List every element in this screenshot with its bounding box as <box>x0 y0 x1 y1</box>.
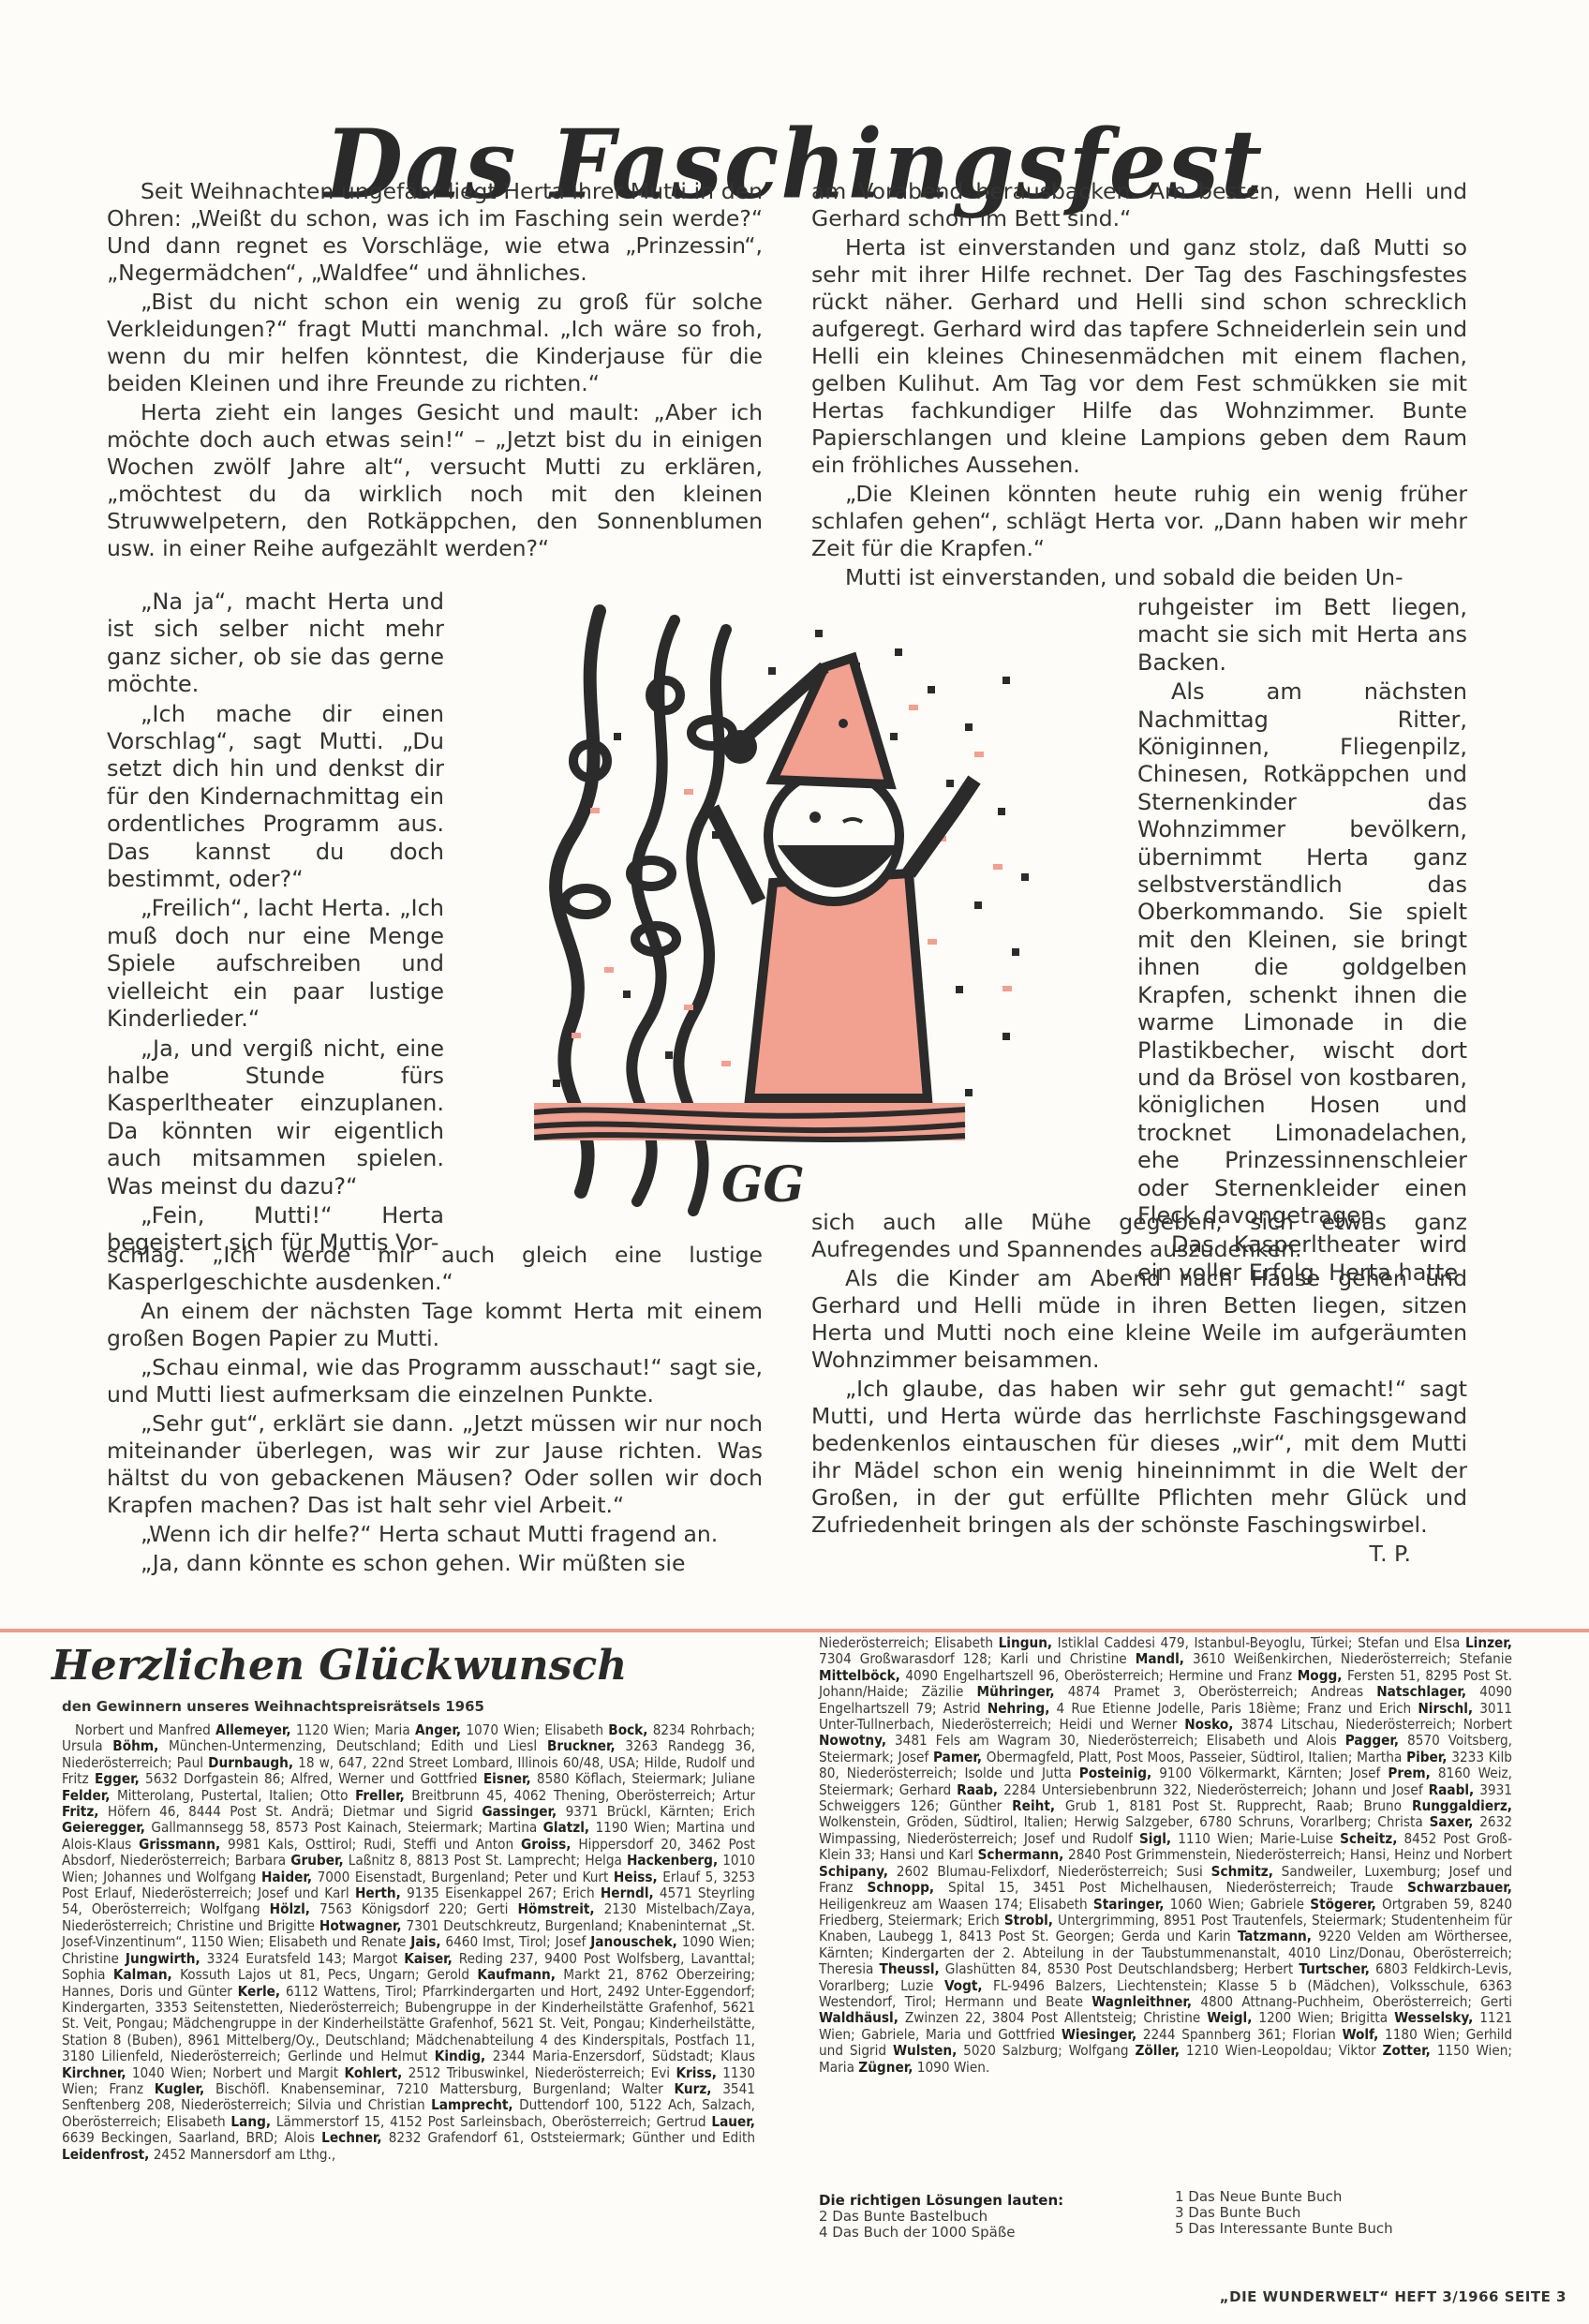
winner-surname: Grissmann, <box>139 1836 220 1853</box>
winners-title: Herzlichen Glückwunsch <box>52 1642 627 1690</box>
article-column-right-bottom: sich auch alle Mühe gegeben, sich etwas … <box>811 1209 1467 1568</box>
winner-surname: Schmitz, <box>1211 1863 1273 1880</box>
winner-details: 2284 Untersiebenbrunn 322, Niederösterre… <box>998 1781 1429 1798</box>
winner-details: Mitterolang, Pustertal, Italien; Otto <box>110 1787 355 1804</box>
winner-surname: Saxer, <box>1430 1813 1474 1830</box>
winner-details: Spital 15, 3451 Post Michelhausen, Niede… <box>934 1879 1407 1896</box>
winner-details: 9981 Kals, Osttirol; Rudi, Steffi und An… <box>220 1836 521 1853</box>
solution-item: 5 Das Interessante Bunte Buch <box>1175 2221 1393 2237</box>
winner-surname: Jungwirth, <box>126 1950 200 1967</box>
winner-details: Zwinzen 22, 3804 Post Allentsteig; Chris… <box>898 2009 1207 2026</box>
paragraph: schlag. „Ich werde mir auch gleich eine … <box>107 1242 763 1296</box>
winner-surname: Theussl, <box>880 1960 940 1977</box>
winner-surname: Bock, <box>608 1721 647 1738</box>
winner-details: 4800 Attnang-Puchheim, Oberösterreich; G… <box>1192 1993 1512 2010</box>
winner-details: 1210 Wien-Leopoldau; Viktor <box>1180 2042 1382 2059</box>
artist-signature: GG <box>721 1156 805 1214</box>
solution-item: 3 Das Bunte Buch <box>1175 2205 1393 2221</box>
winner-surname: Linzer, <box>1465 1634 1512 1651</box>
author-signature: T. P. <box>811 1541 1411 1568</box>
winners-list-left: Norbert und Manfred Allemeyer, 1120 Wien… <box>62 1722 755 2163</box>
winner-surname: Kriss, <box>676 2064 716 2081</box>
winner-surname: Bruckner, <box>547 1737 616 1754</box>
winner-details: München-Untermenzing, Deutschland; Edith… <box>158 1737 547 1754</box>
paragraph: „Die Kleinen könnten heute ruhig ein wen… <box>811 481 1467 562</box>
winner-surname: Pamer, <box>933 1749 982 1765</box>
paragraph: Herta ist einverstanden und ganz stolz, … <box>811 234 1467 479</box>
winner-details: 1040 Wien; Norbert und Margit <box>126 2064 345 2081</box>
winner-surname: Janouschek, <box>590 1933 677 1950</box>
winner-surname: Herth, <box>355 1885 401 1901</box>
winner-details: 5632 Dorfgastein 86; Alfred, Werner und … <box>140 1770 483 1787</box>
winner-surname: Wolf, <box>1342 2026 1378 2043</box>
winner-surname: Fritz, <box>62 1803 98 1820</box>
winner-details: 9100 Völkermarkt, Kärnten; Josef <box>1151 1765 1388 1781</box>
winner-surname: Posteinig, <box>1079 1765 1151 1781</box>
winner-details: 7563 Königsdorf 220; Gerti <box>310 1900 517 1917</box>
paragraph: ruhgeister im Bett liegen, macht sie sic… <box>1137 594 1467 677</box>
winner-surname: Wiesinger, <box>1062 2026 1136 2043</box>
solutions-heading: Die richtigen Lösungen lauten: <box>819 2193 1063 2209</box>
winner-surname: Herndl, <box>601 1885 654 1901</box>
solution-item: 1 Das Neue Bunte Buch <box>1175 2189 1393 2205</box>
winner-details: 3874 Litschau, Niederösterreich; Norbert <box>1233 1716 1512 1733</box>
winner-surname: Nosko, <box>1184 1716 1233 1733</box>
paragraph: „Na ja“, macht Herta und ist sich selber… <box>107 588 444 699</box>
winner-surname: Allemeyer, <box>215 1721 291 1738</box>
winner-details: 8232 Grafendorf 61, Oststeiermark; Günth… <box>382 2129 755 2146</box>
paragraph: „Bist du nicht schon ein wenig zu groß f… <box>107 289 763 397</box>
winner-surname: Anger, <box>415 1721 461 1738</box>
winner-details: 2512 Tribuswinkel, Niederösterreich; Evi <box>402 2064 676 2081</box>
winner-surname: Mittelböck, <box>819 1667 900 1684</box>
winner-details: Breitbrunn 45, 4062 Thening, Oberösterre… <box>405 1787 755 1804</box>
winner-details: Heiligenkreuz am Waasen 174; Elisabeth <box>819 1896 1093 1913</box>
winner-surname: Wagnleithner, <box>1092 1993 1192 2010</box>
article-column-left-bottom: schlag. „Ich werde mir auch gleich eine … <box>107 1242 763 1577</box>
winner-surname: Turtscher, <box>1299 1960 1370 1977</box>
winner-surname: Waldhäusl, <box>819 2009 898 2026</box>
solution-item: 2 Das Bunte Bastelbuch <box>819 2209 1063 2225</box>
winner-details: Höfern 46, 8444 Post St. Andrä; Dietmar … <box>98 1803 482 1820</box>
winner-surname: Hackenberg, <box>627 1852 718 1869</box>
paragraph: „Ich mache dir einen Vorschlag“, sagt Mu… <box>107 701 444 894</box>
article-column-right-top: am Vorabend herausbacken. Am besten, wen… <box>811 178 1467 591</box>
paragraph: „Ich glaube, das haben wir sehr gut gema… <box>811 1376 1467 1539</box>
winner-details: 9135 Eisenkappel 267; Erich <box>401 1885 601 1901</box>
winner-details: 4090 Engelhartszell 96, Oberösterreich; … <box>900 1667 1298 1684</box>
winner-details: Grub 1, 8181 Post St. Rupprecht, Raab; B… <box>1055 1797 1412 1814</box>
paragraph: „Schau einmal, wie das Programm ausschau… <box>107 1354 763 1408</box>
winner-details: 1060 Wien; Gabriele <box>1164 1896 1310 1913</box>
winner-surname: Tatzmann, <box>1238 1928 1312 1944</box>
winner-details: Wolkenstein, Gröden, Südtirol, Italien; … <box>819 1813 1430 1830</box>
winner-surname: Nehring, <box>988 1700 1050 1717</box>
winner-details: 1110 Wien; Marie-Luise <box>1171 1830 1340 1847</box>
winner-surname: Schnopp, <box>868 1879 935 1896</box>
winner-surname: Egger, <box>95 1770 140 1787</box>
section-divider <box>0 1629 1589 1632</box>
winner-details: 4874 Pramet 3, Oberösterreich; Andreas <box>1055 1683 1377 1700</box>
winner-surname: Zügner, <box>858 2059 913 2076</box>
winner-details: Bischöfl. Knabenseminar, 7210 Mattersbur… <box>204 2080 674 2097</box>
paragraph: „Sehr gut“, erklärt sie dann. „Jetzt müs… <box>107 1410 763 1519</box>
winner-surname: Lingun, <box>999 1634 1053 1651</box>
paragraph: An einem der nächsten Tage kommt Herta m… <box>107 1298 763 1352</box>
winner-surname: Kaufmann, <box>477 1966 556 1983</box>
winner-surname: Hotwagner, <box>319 1917 402 1934</box>
winner-surname: Pagger, <box>1345 1732 1399 1749</box>
winner-surname: Stögerer, <box>1310 1896 1376 1913</box>
paragraph: „Freilich“, lacht Herta. „Ich muß doch n… <box>107 895 444 1033</box>
winner-surname: Lamprecht, <box>431 2096 513 2113</box>
winner-surname: Sigl, <box>1139 1830 1171 1847</box>
winner-surname: Kohlert, <box>345 2064 403 2081</box>
winner-surname: Prem, <box>1388 1765 1430 1781</box>
winner-surname: Natschlager, <box>1376 1683 1466 1700</box>
winner-surname: Schipany, <box>819 1863 888 1880</box>
winner-details: 2602 Blumau-Felixdorf, Niederösterreich;… <box>888 1863 1211 1880</box>
winner-details: Gallmannsegg 58, 8573 Post Kainach, Stei… <box>145 1819 543 1836</box>
winner-surname: Wesselsky, <box>1394 2009 1473 2026</box>
article-column-left-top: Seit Weihnachten ungefähr liegt Herta ih… <box>107 178 763 562</box>
winner-surname: Kindig, <box>435 2048 485 2064</box>
winner-surname: Schwarzbauer, <box>1407 1879 1512 1896</box>
winner-details: Lämmerstorf 15, 4152 Post Sarleinsbach, … <box>271 2113 711 2130</box>
winner-surname: Nowotny, <box>819 1732 886 1749</box>
winner-surname: Piber, <box>1406 1749 1447 1765</box>
winner-surname: Strobl, <box>1004 1912 1053 1929</box>
winner-surname: Lauer, <box>711 2113 755 2130</box>
winner-surname: Reiht, <box>1012 1797 1055 1814</box>
paragraph: Herta zieht ein langes Gesicht und mault… <box>107 399 763 562</box>
winner-surname: Mogg, <box>1298 1667 1343 1684</box>
winner-details: 5020 Salzburg; Wolfgang <box>957 2042 1135 2059</box>
article-column-right-narrow: ruhgeister im Bett liegen, macht sie sic… <box>1137 594 1467 1287</box>
kasperl-illustration: GG <box>534 592 1059 1239</box>
paragraph: „Ja, und vergiß nicht, eine halbe Stunde… <box>107 1035 444 1200</box>
winner-surname: Kerle, <box>238 1983 280 2000</box>
winner-surname: Durnbaugh, <box>208 1754 293 1771</box>
winner-surname: Mandl, <box>1136 1650 1184 1667</box>
winner-surname: Nirschl, <box>1418 1700 1473 1717</box>
winner-surname: Böhm, <box>112 1737 158 1754</box>
winner-surname: Wulsten, <box>893 2042 957 2059</box>
winner-surname: Hömstreit, <box>517 1900 594 1917</box>
winner-surname: Kaiser, <box>404 1950 453 1967</box>
winner-surname: Zotter, <box>1383 2042 1431 2059</box>
paragraph: „Ja, dann könnte es schon gehen. Wir müß… <box>107 1550 763 1577</box>
winner-surname: Geieregger, <box>62 1819 145 1836</box>
winner-details: Glashütten 84, 8530 Post Deutschlandsber… <box>940 1960 1299 1977</box>
winners-list-right: Niederösterreich; Elisabeth Lingun, Isti… <box>819 1635 1512 2076</box>
winner-surname: Staringer, <box>1093 1896 1165 1913</box>
winner-surname: Lechner, <box>321 2129 382 2146</box>
winner-surname: Zöller, <box>1135 2042 1180 2059</box>
winner-details: 2244 Spannberg 361; Florian <box>1136 2026 1342 2043</box>
winners-subtitle: den Gewinnern unseres Weihnachtspreisrät… <box>62 1698 484 1715</box>
page-footer: „DIE WUNDERWELT“ HEFT 3/1966 SEITE 3 <box>1220 2288 1567 2305</box>
winner-surname: Mühringer, <box>977 1683 1055 1700</box>
winner-details: Laßnitz 8, 8813 Post St. Lamprecht; Helg… <box>344 1852 627 1869</box>
winner-details: 3324 Euratsfeld 143; Margot <box>200 1950 405 1967</box>
winner-surname: Haider, <box>261 1869 312 1885</box>
winner-details: 2840 Post Grimmenstein, Niederösterreich… <box>1063 1846 1512 1863</box>
winner-details: 6639 Beckingen, Saarland, BRD; Alois <box>62 2129 321 2146</box>
winner-details: 1200 Wien; Brigitta <box>1252 2009 1394 2026</box>
winner-surname: Scheitz, <box>1340 1830 1397 1847</box>
winner-surname: Raab, <box>957 1781 998 1798</box>
winner-surname: Vogt, <box>944 1977 983 1994</box>
winner-details: 4 Rue Etienne Jodelle, Paris 18ième; Fra… <box>1049 1700 1418 1717</box>
winner-surname: Glatzl, <box>543 1819 589 1836</box>
winner-surname: Kalman, <box>113 1966 172 1983</box>
article-column-left-narrow: „Na ja“, macht Herta und ist sich selber… <box>107 588 444 1258</box>
winner-surname: Gruber, <box>290 1852 343 1869</box>
winner-details: 1070 Wien; Elisabeth <box>461 1721 608 1738</box>
winner-details: 6460 Imst, Tirol; Josef <box>441 1933 591 1950</box>
winner-surname: Kirchner, <box>62 2064 126 2081</box>
winner-surname: Kurz, <box>675 2080 712 2097</box>
paragraph: Seit Weihnachten ungefähr liegt Herta ih… <box>107 178 763 287</box>
winner-surname: Hölzl, <box>270 1900 310 1917</box>
winner-surname: Heiss, <box>614 1869 658 1885</box>
winner-surname: Groiss, <box>521 1836 571 1853</box>
winner-details: Istiklal Caddesi 479, Istanbul-Beyoglu, … <box>1052 1634 1465 1651</box>
winner-details: 1120 Wien; Maria <box>291 1721 415 1738</box>
winner-details: Kossuth Lajos ut 81, Pecs, Ungarn; Gerol… <box>172 1966 478 1983</box>
winner-details: 2344 Maria-Enzersdorf, Südstadt; Klaus <box>485 2048 755 2064</box>
paragraph: Mutti ist einverstanden, und sobald die … <box>811 564 1467 591</box>
paragraph: Als die Kinder am Abend nach Hause gehen… <box>811 1265 1467 1374</box>
winner-details: 2452 Mannersdorf am Lthg., <box>149 2146 335 2163</box>
winner-details: 3481 Fels am Wagram 30, Niederösterreich… <box>886 1732 1345 1749</box>
winner-surname: Runggaldierz, <box>1412 1797 1512 1814</box>
winner-surname: Jais, <box>410 1933 440 1950</box>
winner-details: 1090 Wien. <box>913 2059 989 2076</box>
paragraph: am Vorabend herausbacken. Am besten, wen… <box>811 178 1467 232</box>
winner-details: 9371 Brückl, Kärnten; Erich <box>557 1803 755 1820</box>
winner-surname: Felder, <box>62 1787 110 1804</box>
winner-surname: Freller, <box>355 1787 405 1804</box>
winner-surname: Eisner, <box>483 1770 531 1787</box>
winner-details: Obermagfeld, Platt, Post Moos, Passeier,… <box>982 1749 1406 1765</box>
paragraph: Als am nächsten Nachmittag Ritter, König… <box>1137 678 1467 1229</box>
winner-details: Norbert und Manfred <box>75 1721 215 1738</box>
winner-surname: Leidenfrost, <box>62 2146 149 2163</box>
winner-details: 3610 Weißenkirchen, Niederösterreich; St… <box>1184 1650 1512 1667</box>
winner-details: 7304 Großwarasdorf 128; Karli und Christ… <box>819 1650 1136 1667</box>
winner-details: 8580 Köflach, Steiermark; Juliane <box>531 1770 755 1787</box>
winner-surname: Schermann, <box>978 1846 1064 1863</box>
winner-surname: Kugler, <box>155 2080 204 2097</box>
winner-surname: Weigl, <box>1207 2009 1252 2026</box>
winner-surname: Raabl, <box>1429 1781 1475 1798</box>
winner-surname: Gassinger, <box>482 1803 557 1820</box>
solution-item: 4 Das Buch der 1000 Späße <box>819 2225 1063 2241</box>
winner-details: 7000 Eisenstadt, Burgenland; Peter und K… <box>312 1869 614 1885</box>
winner-surname: Lang, <box>230 2113 271 2130</box>
winner-details: Niederösterreich; Elisabeth <box>819 1634 999 1651</box>
paragraph: „Wenn ich dir helfe?“ Herta schaut Mutti… <box>107 1521 763 1548</box>
